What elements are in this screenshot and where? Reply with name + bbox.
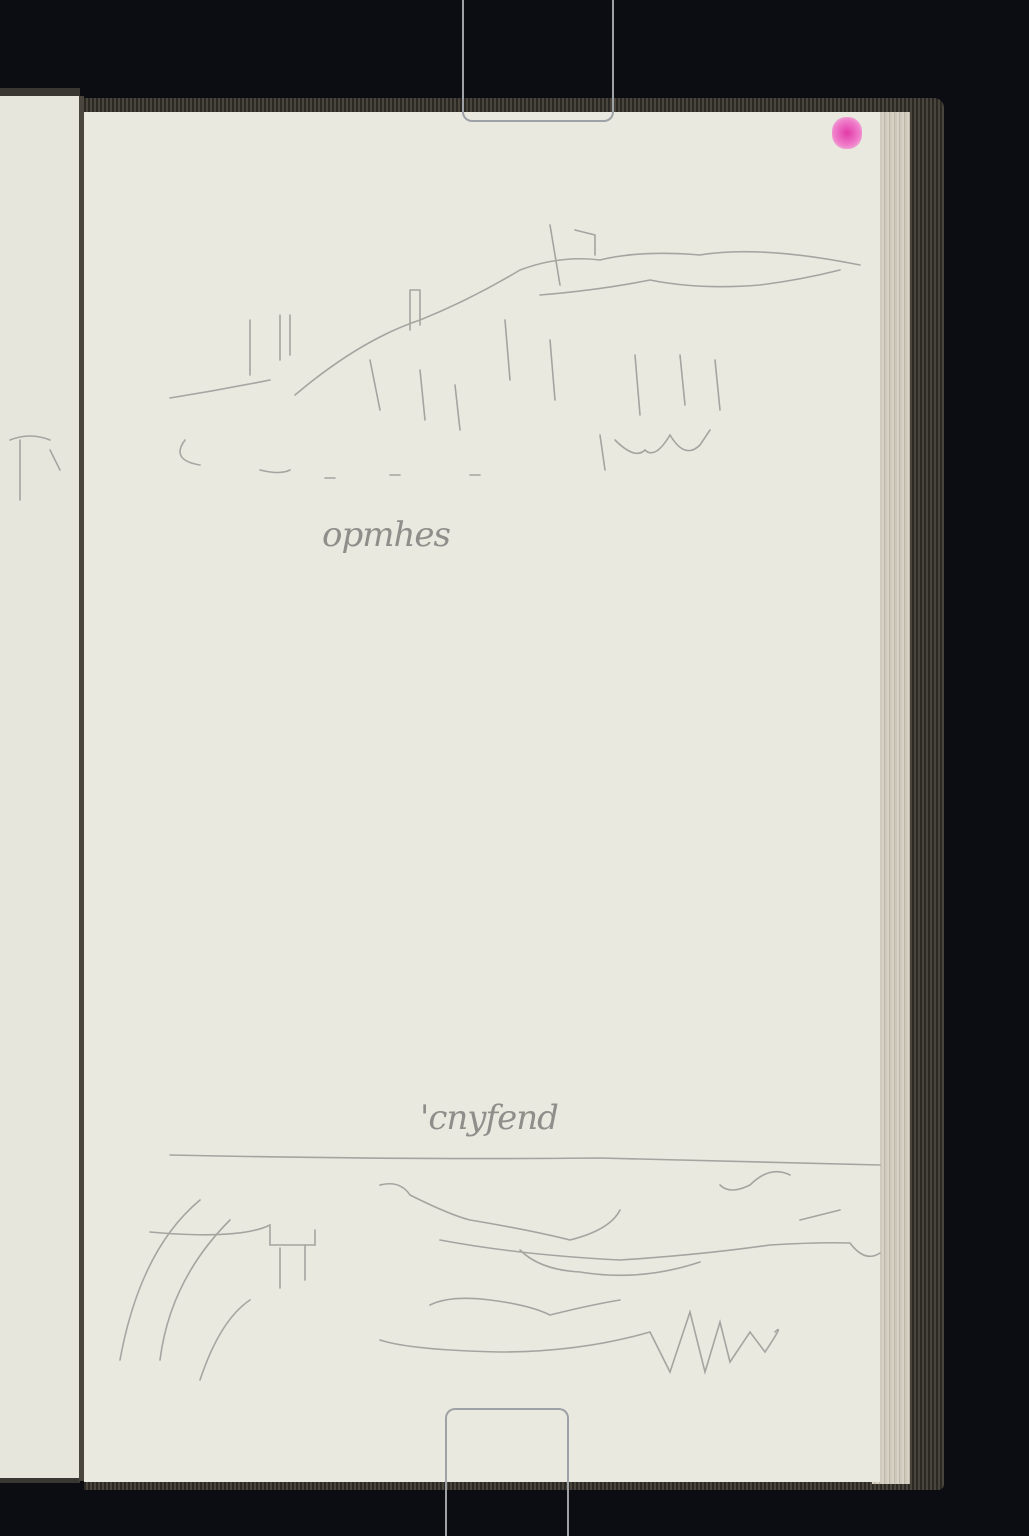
pencil-sketches bbox=[0, 0, 1029, 1536]
inscription-top: opmhes bbox=[322, 515, 450, 555]
bottom-plastic-clip bbox=[445, 1408, 569, 1536]
left-page-sketch bbox=[10, 436, 60, 500]
top-plastic-clip bbox=[462, 0, 614, 122]
inscription-bottom: 'cnyfend bbox=[420, 1098, 558, 1138]
